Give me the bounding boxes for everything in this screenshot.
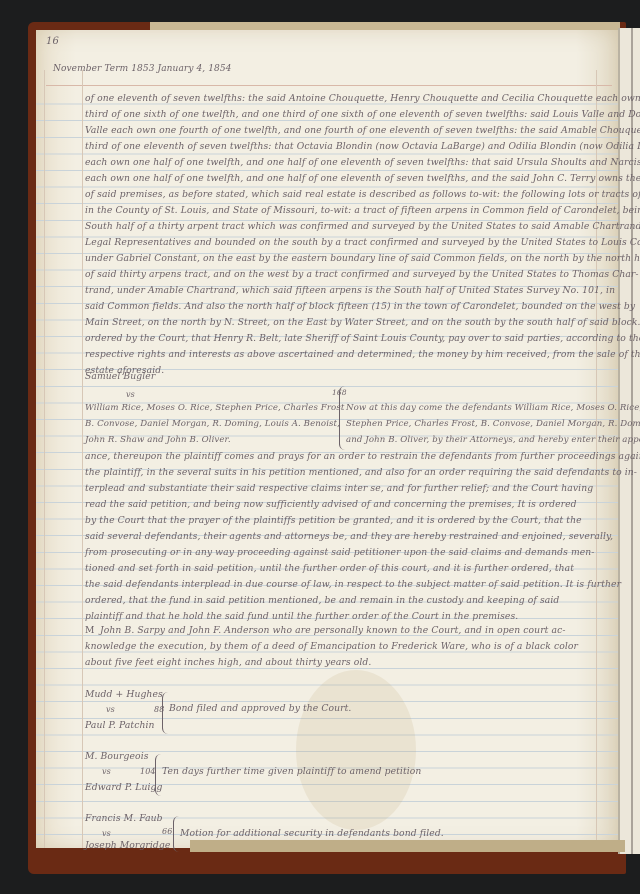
case-number: 66 — [162, 827, 172, 836]
text-line: the said defendants interplead in due co… — [85, 579, 621, 590]
text-line: third of one eleventh of seven twelfths:… — [85, 141, 640, 152]
case-entry: Motion for additional security in defend… — [180, 828, 444, 839]
case-brace — [173, 816, 179, 852]
case-number: 104 — [140, 767, 156, 776]
text-line: said several defendants, their agents an… — [85, 531, 613, 542]
text-line: ance, thereupon the plaintiff comes and … — [85, 451, 640, 462]
case-defendant-line: William Rice, Moses O. Rice, Stephen Pri… — [85, 403, 344, 413]
text-line: terplead and substantiate their said res… — [85, 483, 593, 494]
text-line: the plaintiff, in the several suits in h… — [85, 467, 637, 478]
page-bottom-edge — [190, 840, 625, 852]
text-line: by the Court that the prayer of the plai… — [85, 515, 582, 526]
case-entry: Bond filed and approved by the Court. — [169, 703, 351, 714]
text-line: under Gabriel Constant, on the east by t… — [85, 253, 640, 264]
page-number: 16 — [46, 36, 59, 47]
case-brace — [162, 692, 168, 734]
case-plaintiff: Francis M. Faub — [85, 813, 163, 824]
case-defendant-line: B. Convose, Daniel Morgan, R. Doming, Lo… — [85, 419, 340, 429]
text-line: from prosecuting or in any way proceedin… — [85, 547, 595, 558]
text-line: tioned and set forth in said petition, u… — [85, 563, 574, 574]
case-plaintiff: Samuel Bugler — [85, 371, 155, 382]
text-line: Valle each own one fourth of one twelfth… — [85, 125, 640, 136]
page-header: November Term 1853 January 4, 1854 — [53, 64, 232, 74]
case-brace — [155, 754, 161, 796]
text-line: each own one half of one twelfth, and on… — [85, 157, 640, 168]
case-defendant-line: John R. Shaw and John B. Oliver. — [85, 435, 231, 445]
case-brace — [339, 386, 345, 450]
text-line: of said thirty arpens tract, and on the … — [85, 269, 639, 280]
text-line: Main Street, on the north by N. Street, … — [85, 317, 640, 328]
text-line: knowledge the execution, by them of a de… — [85, 641, 578, 652]
case-plaintiff: M. Bourgeois — [85, 751, 149, 762]
text-line: plaintiff and that he hold the said fund… — [85, 611, 518, 622]
case-entry-line: Now at this day come the defendants Will… — [346, 403, 640, 413]
inner-margin-line — [82, 70, 83, 848]
text-line: of one eleventh of seven twelfths: the s… — [85, 93, 640, 104]
case-defendant: Edward P. Luigg — [85, 782, 163, 793]
text-line: of said premises, as before stated, whic… — [85, 189, 640, 200]
case-vs: vs — [126, 390, 135, 399]
case-defendant: Paul P. Patchin — [85, 720, 155, 731]
paper-stain — [296, 670, 416, 830]
text-line: ordered by the Court, that Henry R. Belt… — [85, 333, 640, 344]
text-line: respective rights and interests as above… — [85, 349, 640, 360]
text-line: ordered, that the fund in said petition … — [85, 595, 559, 606]
text-line: trand, under Amable Chartrand, which sai… — [85, 285, 615, 296]
text-line: in the County of St. Louis, and State of… — [85, 205, 640, 216]
case-vs: vs — [102, 767, 111, 776]
case-plaintiff: Mudd + Hughes — [85, 689, 163, 700]
text-line: John B. Sarpy and John F. Anderson who a… — [100, 625, 566, 636]
text-line: read the said petition, and being now su… — [85, 499, 577, 510]
case-entry-line: and John B. Oliver, by their Attorneys, … — [346, 435, 640, 445]
outer-margin-line — [44, 70, 45, 848]
case-defendant: Joseph Morgridge — [85, 840, 170, 851]
text-line: Legal Representatives and bounded on the… — [85, 237, 640, 248]
text-line: each own one half of one twelfth, and on… — [85, 173, 640, 184]
margin-marker: M — [85, 625, 95, 636]
text-line: said Common fields. And also the north h… — [85, 301, 635, 312]
ledger-page: 16 November Term 1853 January 4, 1854 of… — [36, 30, 618, 848]
header-rule — [46, 85, 612, 86]
case-entry-line: Stephen Price, Charles Frost, B. Convose… — [346, 419, 640, 429]
text-line: about five feet eight inches high, and a… — [85, 657, 371, 668]
text-line: South half of a thirty arpent tract whic… — [85, 221, 640, 232]
case-vs: vs — [102, 829, 111, 838]
text-line: third of one sixth of one twelfth, and o… — [85, 109, 640, 120]
case-entry: Ten days further time given plaintiff to… — [162, 766, 421, 777]
case-vs: vs — [106, 705, 115, 714]
